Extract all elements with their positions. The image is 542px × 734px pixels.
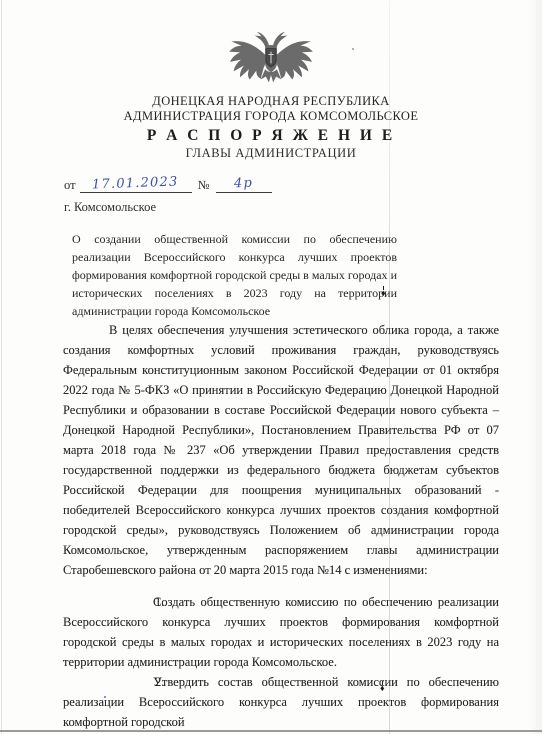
- date-number-row: от17.01.2023№4р: [64, 175, 542, 193]
- scan-left-edge: [1, 0, 2, 734]
- scanned-document-page: ДОНЕЦКАЯ НАРОДНАЯ РЕСПУБЛИКА АДМИНИСТРАЦ…: [0, 0, 542, 734]
- item-1-number: 1.: [109, 592, 153, 612]
- scan-speck-bottom: [104, 696, 106, 698]
- handwritten-number: 4р: [234, 175, 254, 191]
- scan-speck-top: [352, 48, 354, 50]
- document-subtitle: ГЛАВЫ АДМИНИСТРАЦИИ: [0, 146, 542, 161]
- date-blank-line: 17.01.2023: [80, 175, 192, 193]
- number-label: №: [198, 178, 210, 192]
- scan-bottom-edge: [0, 730, 542, 732]
- scan-mark-pin-top: ♦: [381, 289, 386, 298]
- administration-name: АДМИНИСТРАЦИЯ ГОРОДА КОМСОМОЛЬСКОЕ: [0, 109, 542, 124]
- item-2-number: 2.: [109, 672, 153, 692]
- city-line: г. Комсомольское: [64, 200, 542, 215]
- scan-mark-pin-bottom: ♦: [380, 684, 385, 693]
- republic-name: ДОНЕЦКАЯ НАРОДНАЯ РЕСПУБЛИКА: [0, 94, 542, 109]
- date-label: от: [64, 178, 76, 192]
- handwritten-date: 17.01.2023: [92, 174, 179, 192]
- document-header: ДОНЕЦКАЯ НАРОДНАЯ РЕСПУБЛИКА АДМИНИСТРАЦ…: [0, 94, 542, 161]
- scan-right-shading: [528, 0, 542, 734]
- ordered-item-1: 1.Создать общественную комиссию по обесп…: [63, 592, 499, 672]
- document-body: В целях обеспечения улучшения эстетическ…: [63, 320, 499, 733]
- subject-paragraph: О создании общественной комиссии по обес…: [72, 230, 397, 320]
- double-headed-eagle-icon: [227, 25, 315, 87]
- document-type-title: Р А С П О Р Я Ж Е Н И Е: [0, 127, 542, 145]
- preamble-paragraph: В целях обеспечения улучшения эстетическ…: [63, 320, 499, 580]
- number-blank-line: 4р: [216, 175, 272, 193]
- paper-fold-crease: [389, 0, 390, 734]
- ordered-item-2: 2.Утвердить состав общественной комиссии…: [63, 672, 499, 732]
- dnr-coat-of-arms-emblem: [226, 25, 316, 92]
